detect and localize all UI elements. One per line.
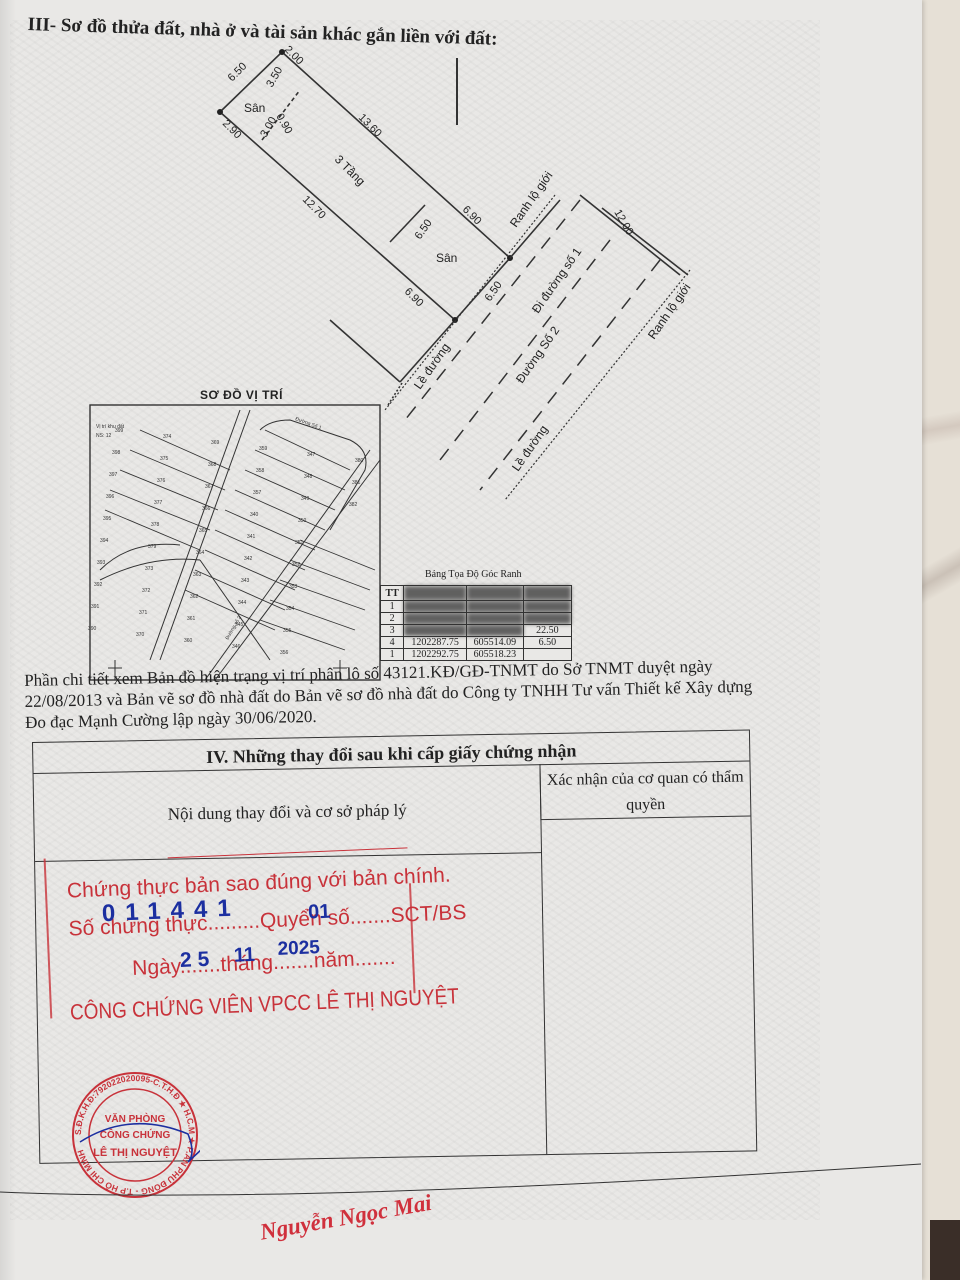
lot-number: 379: [148, 544, 157, 550]
lot-number: 349: [301, 496, 310, 502]
lot-number: 354: [286, 606, 295, 612]
location-map: Vị trí khu đất NS: 12 Đường Số 1 Đường s…: [88, 405, 380, 680]
lot-number: 398: [112, 450, 121, 456]
lot-number: 342: [244, 556, 253, 562]
label-yard-back: Sân: [244, 101, 265, 115]
lot-number: 370: [136, 632, 145, 638]
cell-tt: 3: [381, 625, 404, 637]
stamp-line-4: CÔNG CHỨNG VIÊN VPCC LÊ THỊ NGUYỆT: [70, 983, 460, 1025]
lot-number: 396: [106, 494, 115, 500]
dim-top-short: 2.00: [282, 44, 306, 68]
lot-number: 356: [280, 650, 289, 656]
lot-number: 371: [139, 610, 148, 616]
label-road-1: Đi đường số 1: [529, 245, 585, 316]
cell-y: 0000000: [466, 613, 523, 625]
lot-number: 344: [238, 600, 247, 606]
lot-number: 380: [355, 458, 364, 464]
dim-long-right: 13.60: [356, 112, 384, 140]
cell-x: 0000000: [404, 613, 467, 625]
table-row: 2000000000000000000000: [381, 613, 572, 625]
col-header-y: Y(m): [466, 586, 523, 601]
label-road-2: Đường Số 2: [513, 323, 562, 385]
dim-left-bottom: 2.90: [220, 118, 244, 142]
cell-y: 0000000: [466, 625, 523, 637]
cell-x: 1202292.75: [404, 649, 467, 661]
lot-number: 366: [202, 506, 211, 512]
location-map-title: SƠ ĐỒ VỊ TRÍ: [200, 388, 283, 402]
lot-number: 382: [349, 502, 358, 508]
label-sidewalk-near: Lề đường: [411, 341, 453, 392]
lot-number: 395: [103, 516, 112, 522]
cert-month: 11: [233, 944, 255, 968]
stamp-line-1: Chứng thực bản sao đúng với bản chính.: [66, 864, 451, 904]
lot-number: 345: [235, 622, 244, 628]
dim-san-1: 3.50: [264, 65, 285, 90]
table-row: 41202287.75605514.096.50: [381, 637, 572, 649]
lot-number: 367: [205, 484, 214, 490]
cell-x: 0000000: [404, 601, 467, 613]
cell-edge: 22.50: [523, 625, 571, 637]
cell-tt: 1: [381, 649, 404, 661]
background-edge: [930, 1220, 960, 1280]
cert-number: 011441: [101, 894, 241, 928]
label-yard-front: Sân: [436, 251, 457, 265]
dim-inner-width: 6.50: [413, 217, 435, 241]
cell-y: 605514.09: [466, 637, 523, 649]
lot-number: 362: [190, 594, 199, 600]
col-header-x: X(m): [404, 586, 467, 601]
cert-day: 25: [179, 948, 215, 973]
col-change-content: Nội dung thay đổi và cơ sở pháp lý: [34, 764, 541, 862]
lot-number: 360: [184, 638, 193, 644]
lot-number: 393: [97, 560, 106, 566]
lot-number: 372: [142, 588, 151, 594]
label-sidewalk-far: Lề đường: [509, 423, 551, 474]
stamp-line-3: Ngày.......tháng.......năm.......: [132, 946, 396, 981]
map-legend-value: NS: 12: [96, 433, 112, 439]
lot-number: 361: [187, 616, 196, 622]
dim-long-left: 12.70: [300, 194, 328, 222]
lot-number: 375: [160, 456, 169, 462]
lot-number: 364: [196, 550, 205, 556]
lot-number: 397: [109, 472, 118, 478]
label-road-boundary-near: Ranh lộ giới: [507, 169, 556, 230]
certification-stamp: Chứng thực bản sao đúng với bản chính. S…: [58, 853, 435, 1048]
lot-number: 347: [307, 452, 316, 458]
book-number: 01: [308, 901, 331, 925]
cell-edge: 0000000: [523, 601, 571, 613]
lot-number: 363: [193, 572, 202, 578]
map-street-1: Đường Số 1: [294, 416, 322, 431]
lot-number: 373: [145, 566, 154, 572]
lot-number: 359: [259, 446, 268, 452]
dim-front-right: 6.90: [460, 204, 484, 228]
lot-number: 368: [208, 462, 217, 468]
lot-number: 391: [91, 604, 100, 610]
lot-number: 343: [241, 578, 250, 584]
lot-number: 352: [292, 562, 301, 568]
seal-line-2: CÔNG CHỨNG: [100, 1128, 171, 1141]
authority-confirmation-cell: [540, 816, 756, 1154]
lot-number: 358: [256, 468, 265, 474]
cell-x: 1202287.75: [404, 637, 467, 649]
lot-number: 378: [151, 522, 160, 528]
lot-number: 350: [298, 518, 307, 524]
col-authority-confirmation: Xác nhận của cơ quan có thẩm quyền: [539, 760, 750, 820]
pen-stroke: [0, 1150, 922, 1210]
table-row: 30000000000000022.50: [381, 625, 572, 637]
lot-number: 346: [232, 644, 241, 650]
dim-left-top: 6.50: [226, 60, 250, 84]
cell-y: 0000000: [466, 601, 523, 613]
lot-number: 399: [115, 428, 124, 434]
dim-front-width: 6.50: [483, 279, 505, 303]
cell-tt: 4: [381, 637, 404, 649]
col-header-edge: Cạnh: [523, 586, 571, 601]
coordinate-table: TT X(m) Y(m) Cạnh 1000000000000000000000…: [380, 585, 572, 661]
lot-number: 374: [163, 434, 172, 440]
lot-number: 351: [295, 540, 304, 546]
lot-number: 390: [88, 626, 97, 632]
label-road-boundary-far: Ranh lộ giới: [645, 281, 694, 342]
cert-year: 2025: [277, 937, 320, 961]
cell-tt: 1: [381, 601, 404, 613]
dim-front-left: 6.90: [402, 286, 426, 310]
cell-y: 605518.23: [466, 649, 523, 661]
lot-number: 394: [100, 538, 109, 544]
lot-number: 353: [289, 584, 298, 590]
corner-marker: [217, 109, 223, 115]
lot-number: 341: [247, 534, 256, 540]
lot-number: 369: [211, 440, 220, 446]
cell-edge: 0000000: [523, 613, 571, 625]
cell-x: 0000000: [404, 625, 467, 637]
table-row: 1000000000000000000000: [381, 601, 572, 613]
lot-number: 392: [94, 582, 103, 588]
lot-number: 340: [250, 512, 259, 518]
col-header-tt: TT: [381, 586, 404, 601]
cell-edge: 6.50: [523, 637, 571, 649]
lot-number: 376: [157, 478, 166, 484]
certificate-page: III- Sơ đồ thửa đất, nhà ở và tài sản kh…: [0, 0, 922, 1280]
coordinate-table-caption: Bảng Tọa Độ Góc Ranh: [425, 569, 521, 580]
lot-number: 355: [283, 628, 292, 634]
lot-number: 357: [253, 490, 262, 496]
label-building: 3 Tầng: [332, 152, 368, 188]
cell-tt: 2: [381, 613, 404, 625]
lot-number: 348: [304, 474, 313, 480]
lot-number: 365: [199, 528, 208, 534]
lot-number: 377: [154, 500, 163, 506]
lot-number: 381: [352, 480, 361, 486]
